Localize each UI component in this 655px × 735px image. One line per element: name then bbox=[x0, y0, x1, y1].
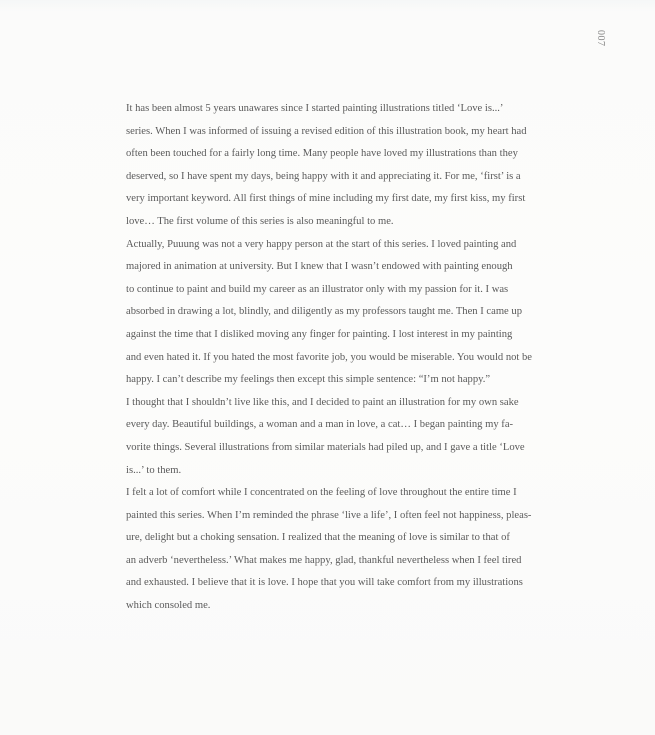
text-line: an adverb ‘nevertheless.’ What makes me … bbox=[126, 550, 586, 573]
text-line: series. When I was informed of issuing a… bbox=[126, 121, 586, 144]
text-line: is...’ to them. bbox=[126, 460, 586, 483]
text-line: and exhausted. I believe that it is love… bbox=[126, 572, 586, 595]
text-line: very important keyword. All first things… bbox=[126, 188, 586, 211]
text-line: against the time that I disliked moving … bbox=[126, 324, 586, 347]
text-line: deserved, so I have spent my days, being… bbox=[126, 166, 586, 189]
text-line: to continue to paint and build my career… bbox=[126, 279, 586, 302]
page-number: 007 bbox=[595, 30, 606, 47]
text-line: ure, delight but a choking sensation. I … bbox=[126, 527, 586, 550]
text-line: happy. I can’t describe my feelings then… bbox=[126, 369, 586, 392]
book-page: 007 It has been almost 5 years unawares … bbox=[0, 0, 655, 735]
text-line: often been touched for a fairly long tim… bbox=[126, 143, 586, 166]
text-line: It has been almost 5 years unawares sinc… bbox=[126, 98, 586, 121]
text-line: Actually, Puuung was not a very happy pe… bbox=[126, 234, 586, 257]
text-line: painted this series. When I’m reminded t… bbox=[126, 505, 586, 528]
text-line: vorite things. Several illustrations fro… bbox=[126, 437, 586, 460]
body-text: It has been almost 5 years unawares sinc… bbox=[126, 98, 586, 618]
text-line: and even hated it. If you hated the most… bbox=[126, 347, 586, 370]
text-line: love… The first volume of this series is… bbox=[126, 211, 586, 234]
text-line: I thought that I shouldn’t live like thi… bbox=[126, 392, 586, 415]
text-line: every day. Beautiful buildings, a woman … bbox=[126, 414, 586, 437]
text-line: I felt a lot of comfort while I concentr… bbox=[126, 482, 586, 505]
text-line: which consoled me. bbox=[126, 595, 586, 618]
text-line: majored in animation at university. But … bbox=[126, 256, 586, 279]
text-line: absorbed in drawing a lot, blindly, and … bbox=[126, 301, 586, 324]
